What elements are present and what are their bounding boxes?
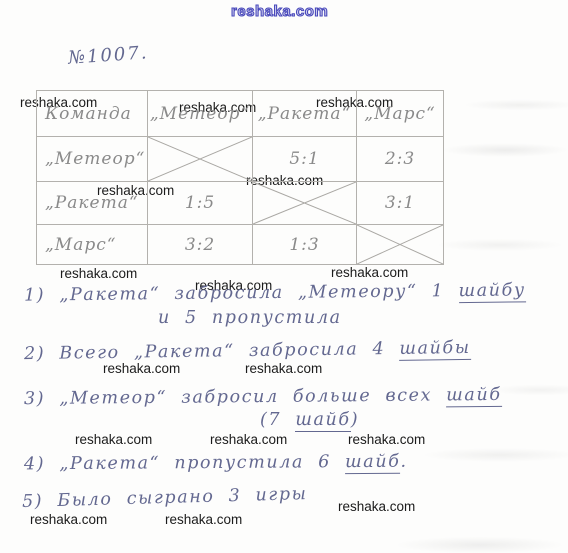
answer-text: 3) „Метеор“ забросил больше всех [24, 385, 446, 409]
watermark-text: reshaka.com [210, 432, 287, 447]
score-cell: 2:3 [357, 137, 444, 182]
answer-text: (7 [260, 410, 295, 430]
table-header-mars: „Марс“ [357, 91, 444, 137]
problem-number: №1007. [67, 42, 149, 69]
score-cell: 3:1 [357, 182, 444, 225]
watermark-text: reshaka.com [348, 432, 425, 447]
watermark-logo: reshaka.com [231, 3, 328, 20]
table-header-meteor: „Метеор“ [148, 91, 253, 137]
answer-text: ) [351, 410, 359, 430]
table-header-raketa: „Ракета“ [253, 91, 357, 137]
answer-text: 5) Было сыграно 3 игры [22, 484, 308, 512]
score-table: Команда „Метеор“ „Ракета“ „Марс“ „Метеор… [36, 90, 444, 265]
answer-text: 1) „Ракета“ забросила „Метеору“ 1 [24, 281, 459, 306]
answer-text: 2) Всего „Ракета“ забросила 4 [24, 339, 400, 364]
table-row-label: „Метеор“ [37, 137, 148, 182]
score-cell: 1:5 [148, 182, 253, 225]
notebook-page: reshaka.com reshaka.com reshaka.com resh… [0, 0, 568, 553]
answer-line-1b: и 5 пропустила [158, 308, 342, 328]
underlined-word: шайб [446, 385, 502, 407]
score-cell: 5:1 [253, 137, 357, 182]
watermark-text: reshaka.com [60, 266, 137, 281]
table-header-team: Команда [37, 91, 148, 137]
score-cell: 1:3 [253, 225, 357, 265]
answer-text: . [400, 452, 407, 472]
answer-line-4: 4) „Ракета“ пропустила 6 шайб. [24, 452, 408, 475]
watermark-text: reshaka.com [331, 265, 408, 280]
watermark-text: reshaka.com [165, 512, 242, 527]
watermark-text: reshaka.com [30, 512, 107, 527]
underlined-word: шайбу [458, 280, 525, 303]
table-row-label: „Марс“ [37, 225, 148, 265]
answer-text: 4) „Ракета“ пропустила 6 [24, 452, 345, 474]
score-cell: 3:2 [148, 225, 253, 265]
watermark-text: reshaka.com [245, 361, 322, 376]
crossed-cell [253, 182, 357, 225]
cross-icon [357, 225, 443, 264]
cross-icon [148, 137, 252, 181]
answer-line-2: 2) Всего „Ракета“ забросила 4 шайбы [24, 338, 471, 364]
answer-line-5: 5) Было сыграно 3 игры [22, 484, 308, 512]
underlined-word: шайб [295, 410, 350, 432]
underlined-word: шайбы [399, 338, 471, 361]
cross-icon [253, 182, 356, 224]
answer-line-3-note: (7 шайб) [260, 410, 359, 430]
watermark-text: reshaka.com [75, 432, 152, 447]
answer-line-1: 1) „Ракета“ забросила „Метеору“ 1 шайбу [24, 280, 526, 305]
underlined-word: шайб [345, 452, 401, 474]
table-row-label: „Ракета“ [37, 182, 148, 225]
answer-line-3: 3) „Метеор“ забросил больше всех шайб [24, 385, 502, 409]
watermark-text: reshaka.com [103, 361, 180, 376]
watermark-text: reshaka.com [338, 499, 415, 514]
answer-text: и 5 пропустила [158, 308, 342, 328]
crossed-cell [148, 137, 253, 182]
crossed-cell [357, 225, 444, 265]
